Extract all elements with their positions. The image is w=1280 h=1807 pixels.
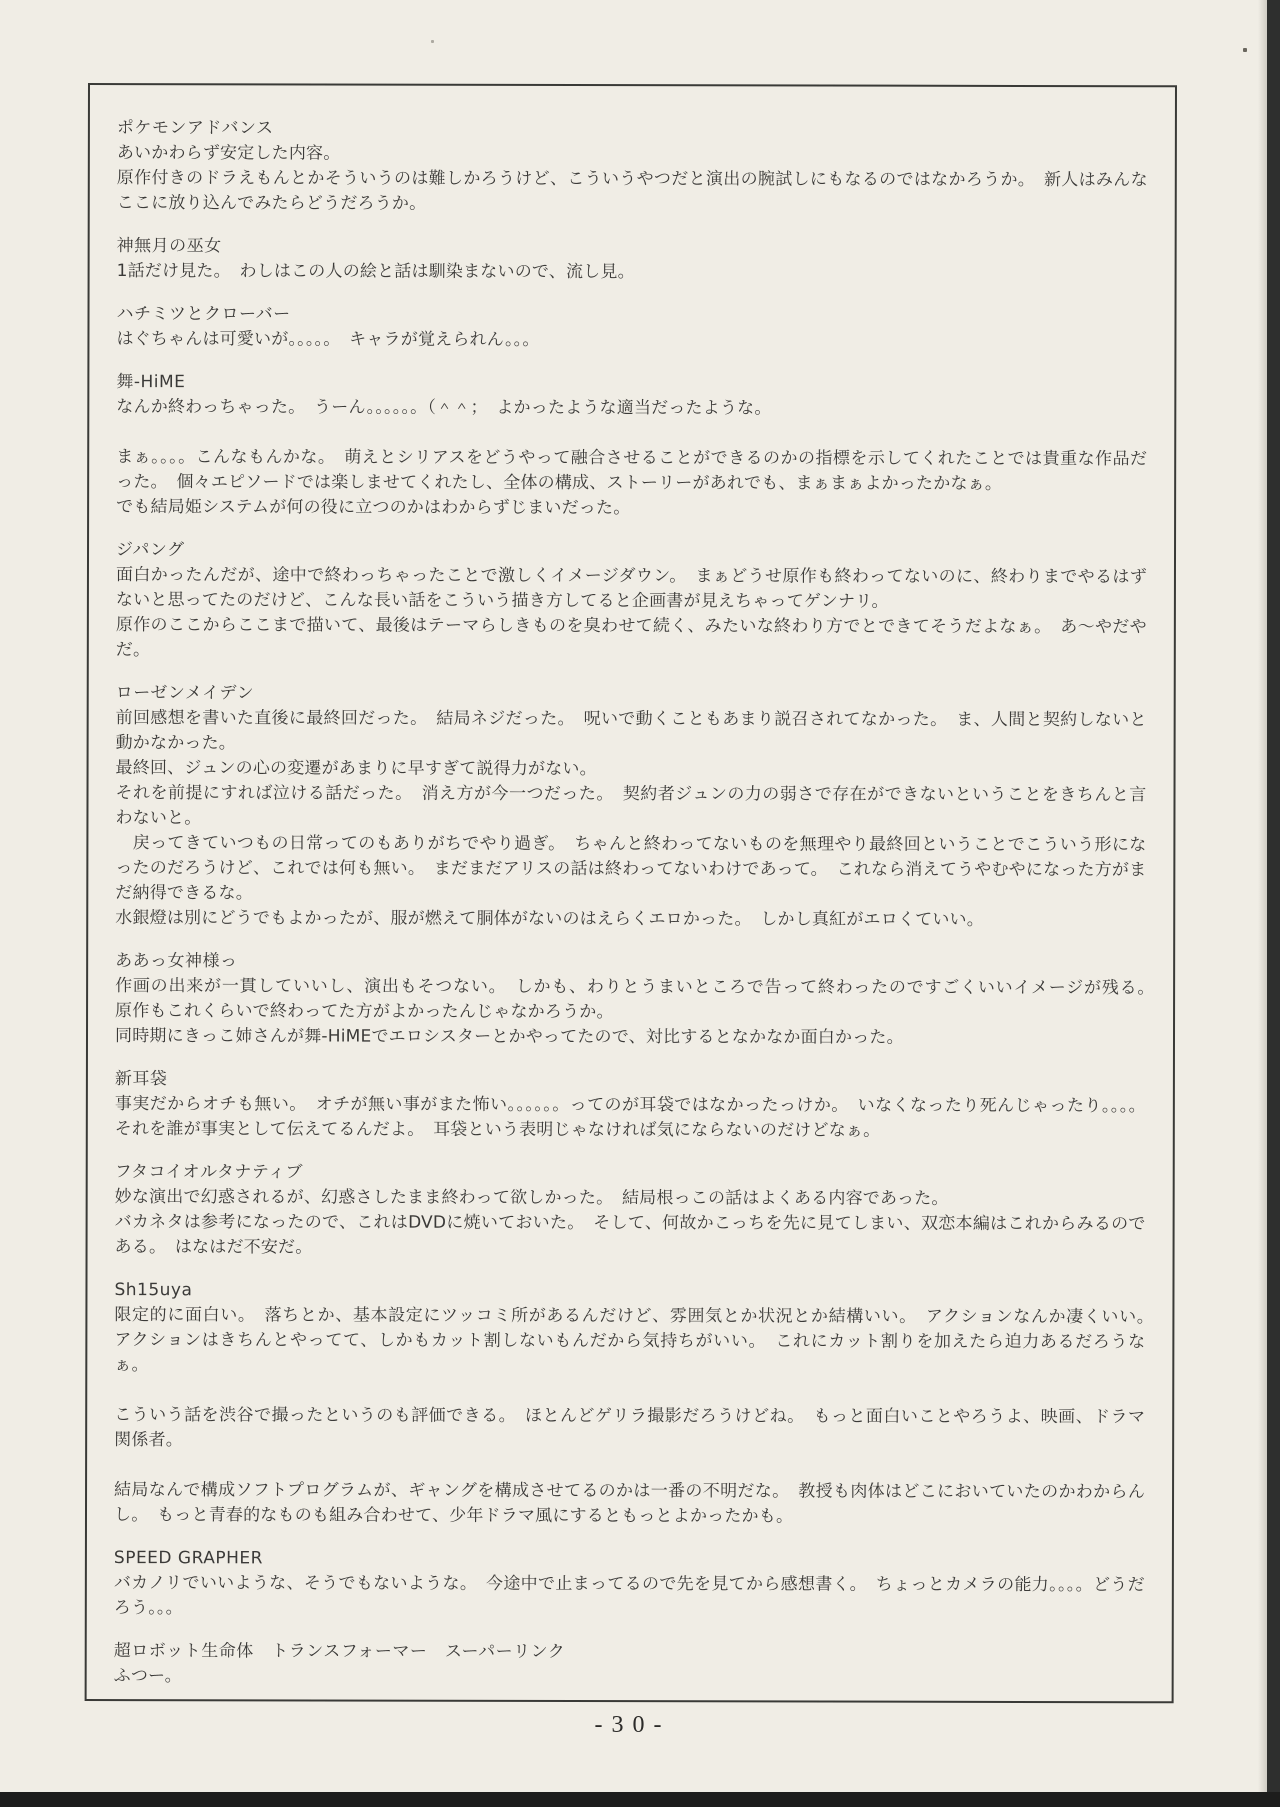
review-section-speed-grapher: SPEED GRAPHER バカノリでいいような、そうでもないような。 今途中で…: [114, 1546, 1145, 1623]
section-title: 超ロボット生命体 トランスフォーマー スーパーリンク: [114, 1639, 1145, 1666]
review-section-honey-and-clover: ハチミツとクローバー はぐちゃんは可愛いが。。。。。 キャラが覚えられん。。。: [116, 302, 1147, 354]
section-title: SPEED GRAPHER: [114, 1546, 1145, 1573]
scan-edge-bottom: [0, 1792, 1280, 1807]
section-title: フタコイオルタナティブ: [115, 1160, 1146, 1187]
section-body: 妙な演出で幻惑されるが、幻惑さしたまま終わって欲しかった。 結局根っこの話はよく…: [115, 1185, 1146, 1262]
section-body: 1話だけ見た。 わしはこの人の絵と話は馴染まないので、流し見。: [117, 259, 1148, 286]
section-body: 限定的に面白い。 落ちとか、基本設定にツッコミ所があるんだけど、雰囲気とか状況と…: [114, 1303, 1145, 1530]
page-frame: ポケモンアドバンス あいかわらず安定した内容。 原作付きのドラえもんとかそういう…: [85, 83, 1177, 1703]
section-title: Sh15uya: [114, 1278, 1145, 1305]
section-title: ハチミツとクローバー: [116, 302, 1147, 329]
review-section-mai-hime: 舞-HiME なんか終わっちゃった。 うーん。。。。。。（＾＾； よかったような…: [116, 370, 1147, 522]
section-title: ローゼンメイデン: [116, 681, 1147, 708]
review-section-shin-mimibukuro: 新耳袋 事実だからオチも無い。 オチが無い事がまた怖い。。。。。。ってのが耳袋で…: [115, 1067, 1146, 1144]
section-body: バカノリでいいような、そうでもないような。 今途中で止まってるので先を見てから感…: [114, 1571, 1145, 1623]
section-title: 新耳袋: [115, 1067, 1146, 1094]
section-body: 前回感想を書いた直後に最終回だった。 結局ネジだった。 呪いで動くこともあまり説…: [115, 706, 1146, 933]
page-number: -30-: [88, 1712, 1177, 1739]
review-section-futakoi-alternative: フタコイオルタナティブ 妙な演出で幻惑されるが、幻惑さしたまま終わって欲しかった…: [115, 1160, 1146, 1262]
section-body: 作画の出来が一貫していいし、演出もそつない。 しかも、わりとうまいところで告って…: [115, 974, 1146, 1051]
review-section-rozen-maiden: ローゼンメイデン 前回感想を書いた直後に最終回だった。 結局ネジだった。 呪いで…: [115, 681, 1147, 933]
section-title: ポケモンアドバンス: [117, 116, 1148, 143]
review-section-ah-megami-sama: ああっ女神様っ 作画の出来が一貫していいし、演出もそつない。 しかも、わりとうま…: [115, 949, 1146, 1051]
review-section-kannazuki-no-miko: 神無月の巫女 1話だけ見た。 わしはこの人の絵と話は馴染まないので、流し見。: [117, 234, 1148, 286]
section-body: ふつー。: [114, 1664, 1145, 1691]
section-body: あいかわらず安定した内容。 原作付きのドラえもんとかそういうのは難しかろうけど、…: [117, 141, 1148, 218]
review-section-pokemon-advance: ポケモンアドバンス あいかわらず安定した内容。 原作付きのドラえもんとかそういう…: [117, 116, 1148, 218]
section-title: 神無月の巫女: [117, 234, 1148, 261]
section-title: 舞-HiME: [116, 370, 1147, 397]
section-body: なんか終わっちゃった。 うーん。。。。。。（＾＾； よかったような適当だったよう…: [116, 395, 1147, 522]
scan-speck: [431, 40, 434, 43]
scan-speck: [1243, 48, 1247, 52]
section-body: 事実だからオチも無い。 オチが無い事がまた怖い。。。。。。ってのが耳袋ではなかっ…: [115, 1092, 1146, 1144]
review-section-sh15uya: Sh15uya 限定的に面白い。 落ちとか、基本設定にツッコミ所があるんだけど、…: [114, 1278, 1146, 1530]
review-section-zipang: ジパング 面白かったんだが、途中で終わっちゃったことで激しくイメージダウン。 ま…: [116, 538, 1147, 665]
section-title: ああっ女神様っ: [115, 949, 1146, 976]
section-body: 面白かったんだが、途中で終わっちゃったことで激しくイメージダウン。 まぁどうせ原…: [116, 563, 1147, 665]
section-title: ジパング: [116, 538, 1147, 565]
review-section-transformer-superlink: 超ロボット生命体 トランスフォーマー スーパーリンク ふつー。: [114, 1639, 1145, 1691]
scan-shadow-right: [1258, 0, 1267, 1807]
section-body: はぐちゃんは可愛いが。。。。。 キャラが覚えられん。。。: [116, 327, 1147, 354]
scan-edge-right: [1267, 0, 1280, 1807]
